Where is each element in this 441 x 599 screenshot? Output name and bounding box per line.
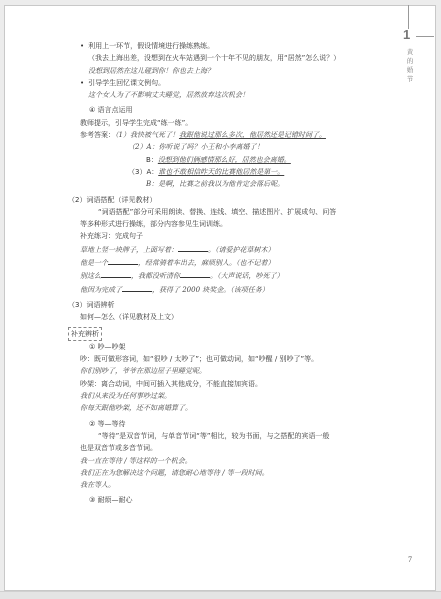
answer-2a: （2）A：你听说了吗？小王和小李离婚了！ xyxy=(80,141,410,153)
distinction-2-title: ② 等—等待 xyxy=(80,418,410,430)
answer-1: 参考答案：（1）我快被气死了！我跟他说过那么多次，他居然还是记错时间了。 xyxy=(80,129,410,141)
page-content: 利用上一环节，假设情境进行操练熟练。 （我去上海出差，没想到在火车站遇到一个十年… xyxy=(80,40,410,507)
fill-blank xyxy=(178,243,208,252)
section-2-title: （2）词语搭配（详见教材） xyxy=(68,194,410,206)
fill-blank xyxy=(180,269,210,278)
answer-3a: （3）A：谁也不敢相信昨天的比赛他居然是第一。 xyxy=(80,166,410,178)
fill-sentence-2: 他是一个，经常骑着车出去，麻烦别人。（也不记着） xyxy=(80,256,410,269)
section-2-supplement: 补充练习：完成句子 xyxy=(80,230,410,242)
fill-sentence-4: 他因为完成了，获得了 2000 块奖金。（该项任务） xyxy=(80,283,410,296)
distinction-1-title: ① 吵—吵架 xyxy=(80,341,410,353)
section-3-line: 如何—怎么（详见教材及上文） xyxy=(80,311,410,323)
bottom-scroll-area[interactable] xyxy=(0,591,441,599)
distinction-1-example-2: 我们从来没为任何事吵过架。 xyxy=(80,390,410,402)
answers-label: 参考答案： xyxy=(80,131,115,139)
bullet-2-example: 这个女人为了不影响丈夫睡觉，居然放弃这次机会！ xyxy=(80,89,410,101)
section-2-paragraph-1: “词语搭配”部分可采用朗读、替换、连线、填空、描述图片、扩展成句、问答 xyxy=(80,206,410,218)
tab-divider-vertical xyxy=(408,5,409,29)
distinction-2-paragraph-1: “等待”是双音节词，与单音节词“等”相比，较为书面，与之搭配的宾语一般 xyxy=(80,430,410,442)
answer-2b: B：没想到他们俩感情那么好，居然也会离婚。 xyxy=(80,154,410,166)
distinction-2-example-3: 我在等人。 xyxy=(80,479,410,491)
answer-3b: B：是啊，比赛之前我以为他肯定会落后呢。 xyxy=(80,178,410,190)
subsection-4-instruction: 教师提示，引导学生完成“练一练”。 xyxy=(80,117,410,129)
distinction-2-example-2: 我们正在为您解决这个问题，请您耐心地等待 / 等一段时间。 xyxy=(80,467,410,479)
page-number: 7 xyxy=(408,555,412,564)
distinction-1-example-1: 你们别吵了，爷爷在那边屋子里睡觉呢。 xyxy=(80,365,410,377)
distinction-1-example-3: 你每天跟他吵架，还不如离婚算了。 xyxy=(80,402,410,414)
section-2-paragraph-2: 等多种形式进行操练，部分内容参见生词训练。 xyxy=(80,218,410,230)
section-3-title: （3）词语辨析 xyxy=(68,299,410,311)
tab-divider-horizontal xyxy=(416,36,434,37)
distinction-2-example-1: 我一直在等待 / 等这样的一个机会。 xyxy=(80,455,410,467)
distinction-3-title: ③ 耐烦—耐心 xyxy=(80,494,410,506)
distinction-1-paragraph-2: 吵架：离合动词，中间可插入其他成分，不能直接加宾语。 xyxy=(80,378,410,390)
fill-sentence-3: 别这么，我都没听清你。（大声说话，吵死了） xyxy=(80,269,410,282)
bullet-1-example: （我去上海出差，没想到在火车站遇到一个十年不见的朋友，用“居然”怎么说？） xyxy=(80,52,410,64)
supplement-box-label: 补充辨析 xyxy=(68,327,102,341)
bullet-1-example-answer: 没想到居然在这儿碰到你！你也去上海？ xyxy=(80,65,410,77)
distinction-1-paragraph: 吵：既可做形容词，如“很吵 / 太吵了”；也可做动词，如“吵醒 / 别吵了”等。 xyxy=(80,353,410,365)
fill-blank xyxy=(108,256,138,265)
bullet-1: 利用上一环节，假设情境进行操练熟练。 xyxy=(80,40,410,52)
fill-sentence-1: 草地上竖一块牌子，上面写着：。（请爱护花草树木） xyxy=(80,243,410,256)
fill-blank xyxy=(101,269,131,278)
subsection-4-title: ④ 语言点运用 xyxy=(80,104,410,116)
fill-blank xyxy=(122,283,152,292)
distinction-2-paragraph-2: 也是双音节或多音节词。 xyxy=(80,442,410,454)
bullet-2: 引导学生回忆课文例句。 xyxy=(80,77,410,89)
